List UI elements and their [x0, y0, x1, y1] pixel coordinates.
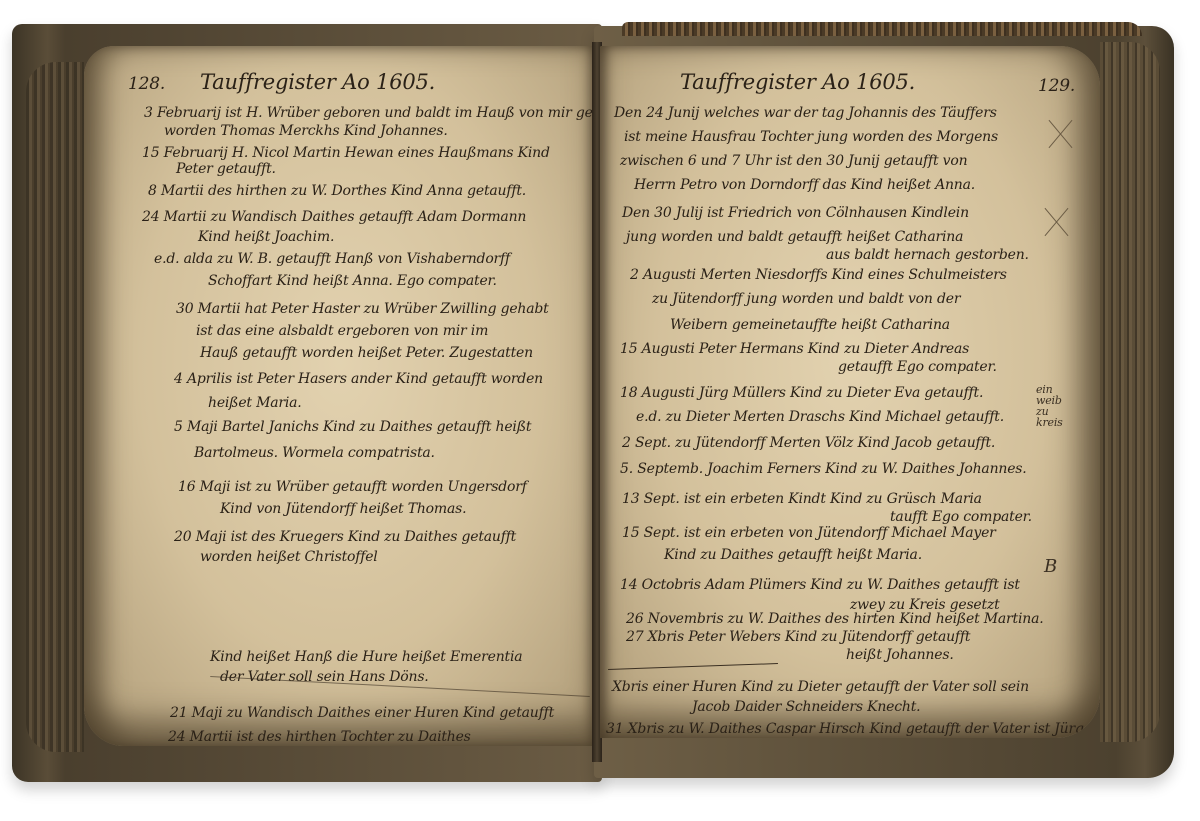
entry-line: 16 Maji ist zu Wrüber getaufft worden Un…: [178, 480, 527, 494]
entry-line: Kind heißt Joachim.: [198, 230, 334, 244]
entry-line: worden Thomas Merckhs Kind Johannes.: [164, 124, 448, 138]
entry-line: zwischen 6 und 7 Uhr ist den 30 Junij ge…: [620, 154, 967, 168]
entry-line: e.d. alda zu W. B. getaufft Hanß von Vis…: [154, 252, 510, 266]
entry-line: 30 Martii hat Peter Haster zu Wrüber Zwi…: [176, 302, 549, 316]
entry-line: Bartolmeus. Wormela compatrista.: [194, 446, 435, 460]
margin-mark-b: B: [1044, 558, 1057, 576]
entry-line: 15 Februarij H. Nicol Martin Hewan eines…: [142, 146, 550, 160]
entry-line: 21 Maji zu Wandisch Daithes einer Huren …: [170, 706, 554, 720]
entry-line: 31 Xbris zu W. Daithes Caspar Hirsch Kin…: [606, 722, 1100, 736]
entry-line: 24 Martii ist des hirthen Tochter zu Dai…: [168, 730, 471, 744]
entry-line: heißet Maria.: [208, 396, 302, 410]
entry-line: heißt Johannes.: [846, 648, 954, 662]
entry-line: jung worden und baldt getaufft heißet Ca…: [626, 230, 963, 244]
entry-line: Hauß getaufft worden heißet Peter. Zuges…: [200, 346, 533, 360]
entry-line: zu Jütendorff jung worden und baldt von …: [652, 292, 960, 306]
entry-line: Schoffart Kind heißt Anna. Ego compater.: [208, 274, 497, 288]
entry-line: Xbris einer Huren Kind zu Dieter getauff…: [612, 680, 1029, 694]
margin-note: ein weib zu kreis: [1036, 384, 1076, 428]
entry-line: 18 Augusti Jürg Müllers Kind zu Dieter E…: [620, 386, 983, 400]
entry-line: 27 Xbris Peter Webers Kind zu Jütendorff…: [626, 630, 970, 644]
page-edges-left: [26, 62, 84, 752]
entry-line: Kind von Jütendorff heißet Thomas.: [220, 502, 466, 516]
margin-cross-mark: [1046, 118, 1076, 148]
entry-line: Weibern gemeinetauffte heißt Catharina: [670, 318, 950, 332]
entry-line: getaufft Ego compater.: [838, 360, 997, 374]
entry-line: 20 Maji ist des Kruegers Kind zu Daithes…: [174, 530, 516, 544]
entry-line: 2 Sept. zu Jütendorff Merten Völz Kind J…: [622, 436, 995, 450]
entry-line: ist das eine alsbaldt ergeboren von mir …: [196, 324, 488, 338]
entry-line: Kind zu Daithes getaufft heißt Maria.: [664, 548, 922, 562]
entry-line: 2 Augusti Merten Niesdorffs Kind eines S…: [630, 268, 1007, 282]
margin-cross-mark: [1042, 206, 1072, 236]
entry-line: Peter getaufft.: [176, 162, 276, 176]
entry-line: 4 Aprilis ist Peter Hasers ander Kind ge…: [174, 372, 543, 386]
open-book: 128. Tauffregister Ao 1605. 3 Februarij …: [12, 22, 1174, 782]
left-page-number: 128.: [128, 76, 165, 93]
entry-line: taufft Ego compater.: [890, 510, 1032, 524]
book-spine-top-edge: [622, 22, 1142, 36]
left-page: 128. Tauffregister Ao 1605. 3 Februarij …: [84, 46, 596, 746]
entry-line: 24 Martii zu Wandisch Daithes getaufft A…: [142, 210, 526, 224]
entry-line: Jacob Daider Schneiders Knecht.: [692, 700, 920, 714]
page-edges-right: [1100, 42, 1160, 742]
right-page: Tauffregister Ao 1605. 129. Den 24 Junij…: [600, 46, 1100, 738]
entry-line: zwey zu Kreis gesetzt: [850, 598, 1000, 612]
left-page-title: Tauffregister Ao 1605.: [200, 72, 435, 93]
entry-line: aus baldt hernach gestorben.: [826, 248, 1029, 262]
entry-line: 15 Augusti Peter Hermans Kind zu Dieter …: [620, 342, 969, 356]
entry-line: 8 Martii des hirthen zu W. Dorthes Kind …: [148, 184, 526, 198]
entry-line-struck: Kind heißet Hanß die Hure heißet Emerent…: [210, 650, 522, 664]
entry-line: 15 Sept. ist ein erbeten von Jütendorff …: [622, 526, 996, 540]
section-divider-line: [608, 663, 778, 670]
entry-line: Den 24 Junij welches war der tag Johanni…: [614, 106, 997, 120]
entry-line: worden heißet Christoffel: [200, 550, 378, 564]
entry-line: 3 Februarij ist H. Wrüber geboren und ba…: [144, 106, 596, 120]
right-page-number: 129.: [1038, 78, 1075, 95]
right-page-title: Tauffregister Ao 1605.: [680, 72, 915, 93]
entry-line: 26 Novembris zu W. Daithes des hirten Ki…: [626, 612, 1043, 626]
entry-line: 5 Maji Bartel Janichs Kind zu Daithes ge…: [174, 420, 531, 434]
entry-line: Herrn Petro von Dorndorff das Kind heiße…: [634, 178, 975, 192]
entry-line: 14 Octobris Adam Plümers Kind zu W. Dait…: [620, 578, 1020, 592]
entry-line: ist meine Hausfrau Tochter jung worden d…: [624, 130, 998, 144]
entry-line: e.d. zu Dieter Merten Draschs Kind Micha…: [636, 410, 1004, 424]
entry-line: 5. Septemb. Joachim Ferners Kind zu W. D…: [620, 462, 1027, 476]
entry-line: 13 Sept. ist ein erbeten Kindt Kind zu G…: [622, 492, 982, 506]
entry-line: Den 30 Julij ist Friedrich von Cölnhause…: [622, 206, 969, 220]
